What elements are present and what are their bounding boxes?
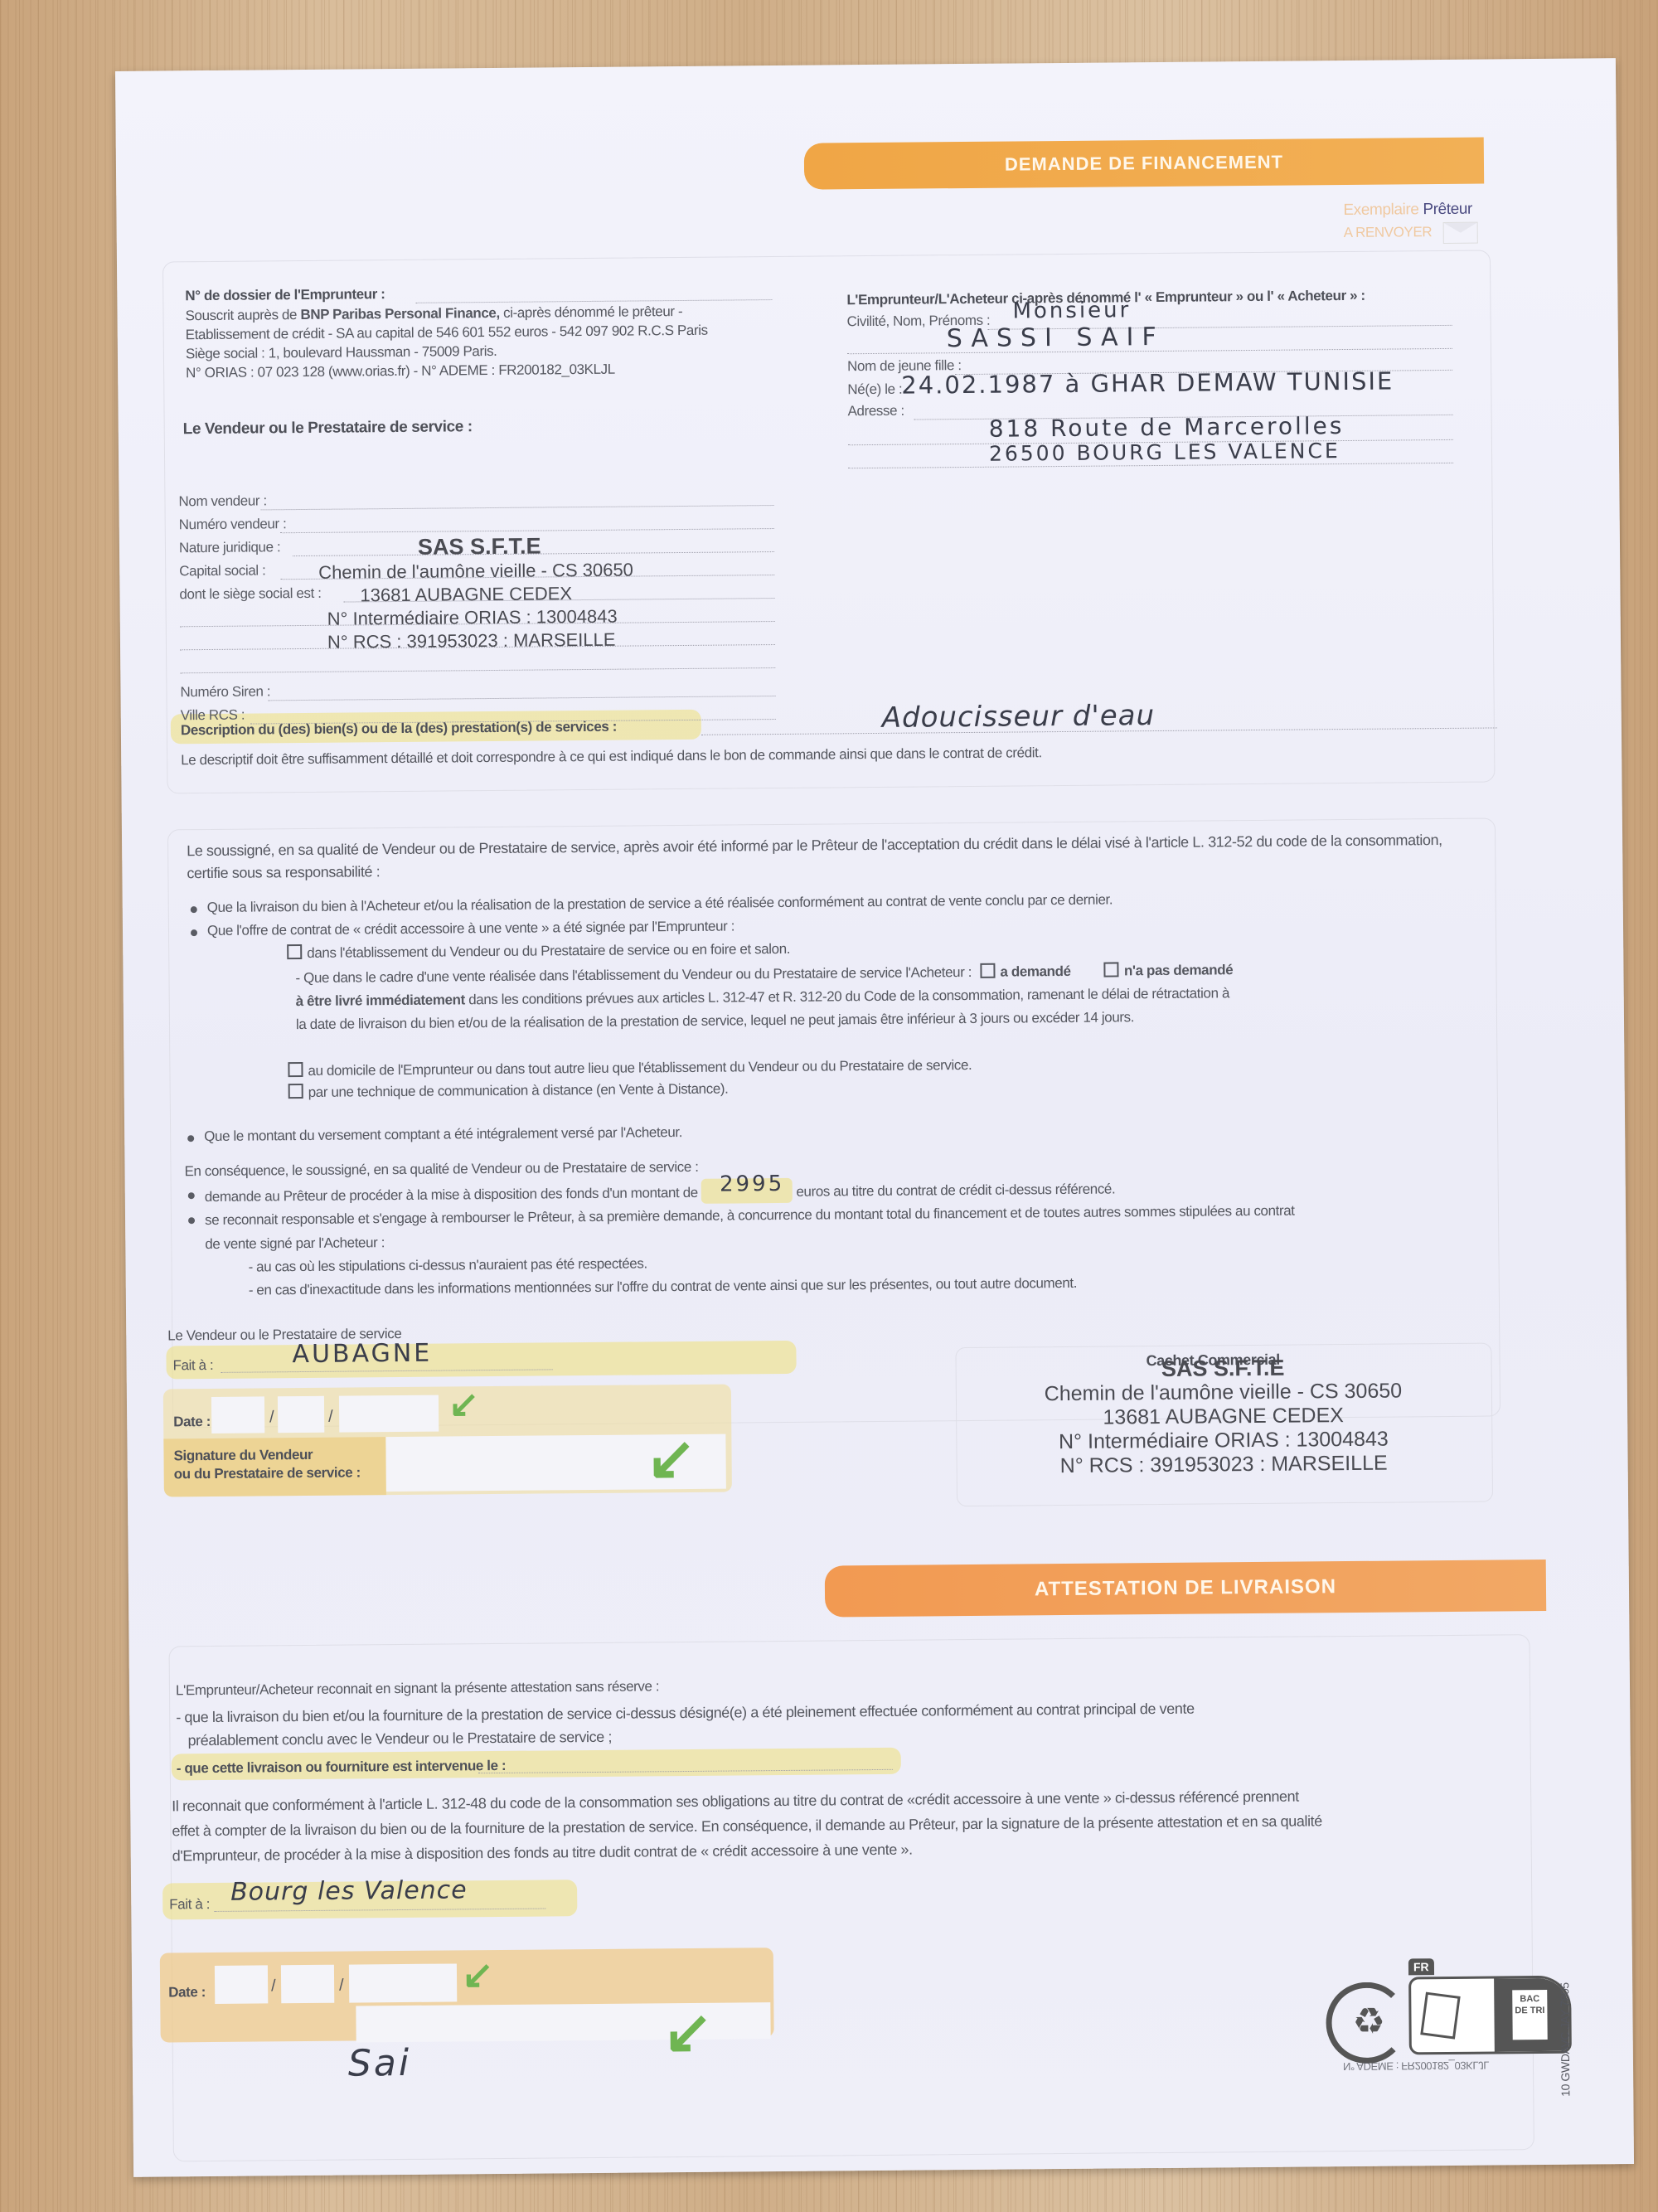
description-value[interactable]: Adoucisseur d'eau	[882, 699, 1156, 735]
attestation-date-day[interactable]	[215, 1965, 268, 2004]
vendor-field-label: Numéro Siren :	[180, 683, 270, 701]
vendor-field-label: dont le siège social est :	[179, 585, 321, 603]
vendor-field-label: Nature juridique :	[179, 539, 280, 556]
vertical-reference: 10 GWDAVC JAY 7805	[1557, 1906, 1572, 2097]
date-separator: /	[339, 1977, 344, 1996]
checkbox-distance[interactable]	[288, 1084, 303, 1099]
date-separator: /	[328, 1408, 333, 1427]
checkbox-domicile[interactable]	[288, 1062, 303, 1077]
fr-badge: FR	[1408, 1958, 1434, 1975]
checkbox-etablissement[interactable]	[287, 944, 302, 959]
attestation-fait-value[interactable]: Bourg les Valence	[230, 1875, 468, 1906]
attestation-date-year[interactable]	[349, 1963, 457, 2002]
arrow-down-left-icon: ↙	[646, 1423, 696, 1493]
adresse-label: Adresse :	[847, 403, 904, 420]
vendor-heading: Le Vendeur ou le Prestataire de service …	[183, 418, 473, 439]
paper-icon	[1420, 1992, 1460, 2040]
attestation-date-label: Date :	[168, 1982, 206, 2001]
info-tri-logo: BAC DE TRI	[1408, 1976, 1572, 2055]
name-value[interactable]: SASSI SAIF	[947, 323, 1165, 353]
vendor-field-value: SAS S.F.T.E	[418, 533, 541, 560]
person-recycle-icon: ♻	[1352, 2001, 1385, 2043]
date-separator: /	[271, 1977, 276, 1996]
civilite-value[interactable]: Monsieur	[1012, 298, 1131, 323]
date-day-field[interactable]	[211, 1396, 264, 1433]
fait-value[interactable]: AUBAGNE	[292, 1339, 432, 1369]
vendor-field-value: N° RCS : 391953023 : MARSEILLE	[327, 629, 616, 653]
checkbox-a-demande[interactable]	[980, 963, 995, 978]
bullet-dot	[187, 1135, 194, 1142]
vendor-signature-label: Signature du Vendeur ou du Prestataire d…	[173, 1445, 361, 1483]
lender-info: Souscrit auprès de BNP Paribas Personal …	[185, 301, 783, 382]
option-distance[interactable]: par une technique de communication à dis…	[288, 1079, 729, 1103]
ademe-footer: N° ADEME : FR200182_03KLJL	[1343, 2059, 1489, 2074]
vendor-field-value: Chemin de l'aumône vieille - CS 30650	[318, 560, 633, 584]
vendor-date-label: Date :	[173, 1412, 211, 1431]
sub-clause: - Que dans le cadre d'une vente réalisée…	[295, 957, 1490, 1037]
vendor-fields	[115, 58, 1616, 71]
vendor-field-label: Capital social :	[179, 562, 265, 580]
ne-label: Né(e) le :	[847, 381, 902, 399]
vendor-field-value: 13681 AUBAGNE CEDEX	[360, 583, 572, 606]
arrow-down-left-icon: ↙	[462, 1952, 494, 1996]
date-separator: /	[269, 1408, 274, 1427]
attestation-paragraph: Il reconnait que conformément à l'articl…	[172, 1782, 1532, 1868]
attestation-date-month[interactable]	[281, 1965, 334, 2004]
fait-highlight	[166, 1341, 796, 1380]
cachet-stamp: SAS S.F.T.E Chemin de l'aumône vieille -…	[956, 1355, 1491, 1480]
dossier-label: N° de dossier de l'Emprunteur :	[185, 284, 385, 305]
bullet-dot	[188, 1217, 195, 1224]
fait-label: Fait à :	[172, 1356, 213, 1375]
form-page: DEMANDE DE FINANCEMENT Exemplaire Prêteu…	[115, 58, 1634, 2177]
bullet-dot	[191, 906, 197, 913]
adresse-line1-value[interactable]: 818 Route de Marcerolles	[989, 412, 1345, 443]
arrow-down-left-icon: ↙	[662, 1996, 713, 2067]
title-banner: DEMANDE DE FINANCEMENT	[804, 138, 1484, 190]
cas-1: - au cas où les stipulations ci-dessus n…	[248, 1254, 647, 1276]
vendor-field-label: Nom vendeur :	[178, 492, 266, 510]
exemplaire-label: Exemplaire Prêteur	[1343, 201, 1472, 220]
date-month-field[interactable]	[278, 1396, 324, 1433]
vendor-field-label: Numéro vendeur :	[179, 516, 287, 533]
exemplaire-value: Prêteur	[1423, 201, 1472, 219]
arrow-down-left-icon: ↙	[448, 1383, 479, 1425]
vendor-field-label: Ville RCS :	[181, 707, 245, 725]
bullet-dot	[191, 929, 197, 936]
bin-icon: BAC DE TRI	[1512, 1990, 1548, 2040]
ne-value[interactable]: 24.02.1987 à GHAR DEMAW TUNISIE	[901, 367, 1394, 400]
envelope-icon	[1443, 222, 1478, 244]
adresse-line2-value[interactable]: 26500 BOURG LES VALENCE	[989, 439, 1340, 466]
borrower-signature[interactable]: Sai	[348, 2042, 412, 2085]
attestation-item-2: - que cette livraison ou fourniture est …	[177, 1756, 507, 1778]
attestation-fait-label: Fait à :	[169, 1894, 210, 1914]
date-year-field[interactable]	[339, 1395, 439, 1433]
renvoyer-label: A RENVOYER	[1344, 224, 1433, 241]
vendor-field-value: N° Intermédiaire ORIAS : 13004843	[327, 606, 618, 630]
amount-value[interactable]: 2995	[720, 1175, 784, 1195]
bullet-dot	[188, 1192, 195, 1199]
checkbox-na-pas-demande[interactable]	[1104, 962, 1119, 977]
attestation-banner: ATTESTATION DE LIVRAISON	[825, 1560, 1547, 1618]
